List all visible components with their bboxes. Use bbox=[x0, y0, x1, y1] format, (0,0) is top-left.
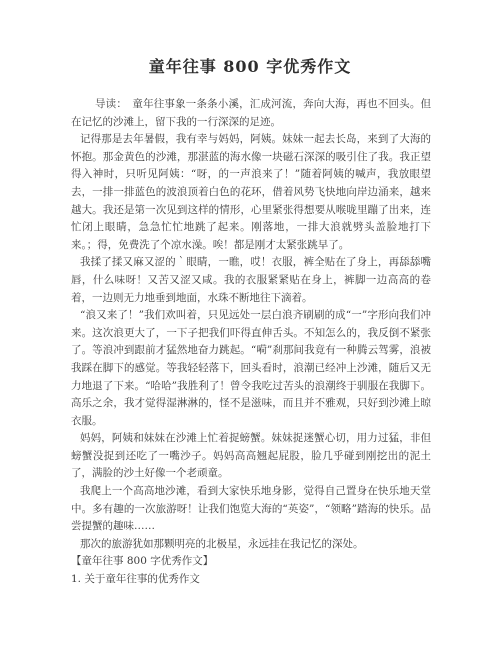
related-list-item-1: 1. 关于童年往事的优秀作文 bbox=[71, 571, 431, 589]
paragraph-5: 我爬上一个高高地沙滩，看到大家快乐地身影，觉得自己置身在快乐地天堂中。多有趣的一… bbox=[71, 483, 431, 536]
paragraph-1: 记得那是去年暑假，我有幸与妈妈，阿姨。妹妹一起去长岛，来到了大海的怀抱。那金黄色… bbox=[71, 131, 431, 254]
paragraph-2: 我揉了揉又麻又涩的｀眼睛，一瞧，哎！衣服，裤全贴在了身上，再舔舔嘴唇，什么味呀！… bbox=[71, 254, 431, 307]
lead-paragraph: 导读： 童年往事象一条条小溪，汇成河流，奔向大海，再也不回头。但在记忆的沙滩上，… bbox=[71, 96, 431, 131]
document-body: 导读： 童年往事象一条条小溪，汇成河流，奔向大海，再也不回头。但在记忆的沙滩上，… bbox=[71, 96, 431, 589]
paragraph-6: 那次的旅游犹如那颗明亮的北极星，永远挂在我记忆的深处。 bbox=[71, 536, 431, 554]
document-title: 童年往事 800 字优秀作文 bbox=[0, 0, 500, 78]
paragraph-3: “浪又来了！”我们欢叫着，只见远处一层白浪齐刷刷的成“一”字形向我们冲来。这次浪… bbox=[71, 307, 431, 430]
section-tag: 【童年往事 800 字优秀作文】 bbox=[71, 553, 431, 571]
document-page: 童年往事 800 字优秀作文 导读： 童年往事象一条条小溪，汇成河流，奔向大海，… bbox=[0, 0, 500, 647]
paragraph-4: 妈妈，阿姨和妹妹在沙滩上忙着捉螃蟹。妹妹捉迷蟹心切，用力过猛，非但螃蟹没捉到还吃… bbox=[71, 430, 431, 483]
